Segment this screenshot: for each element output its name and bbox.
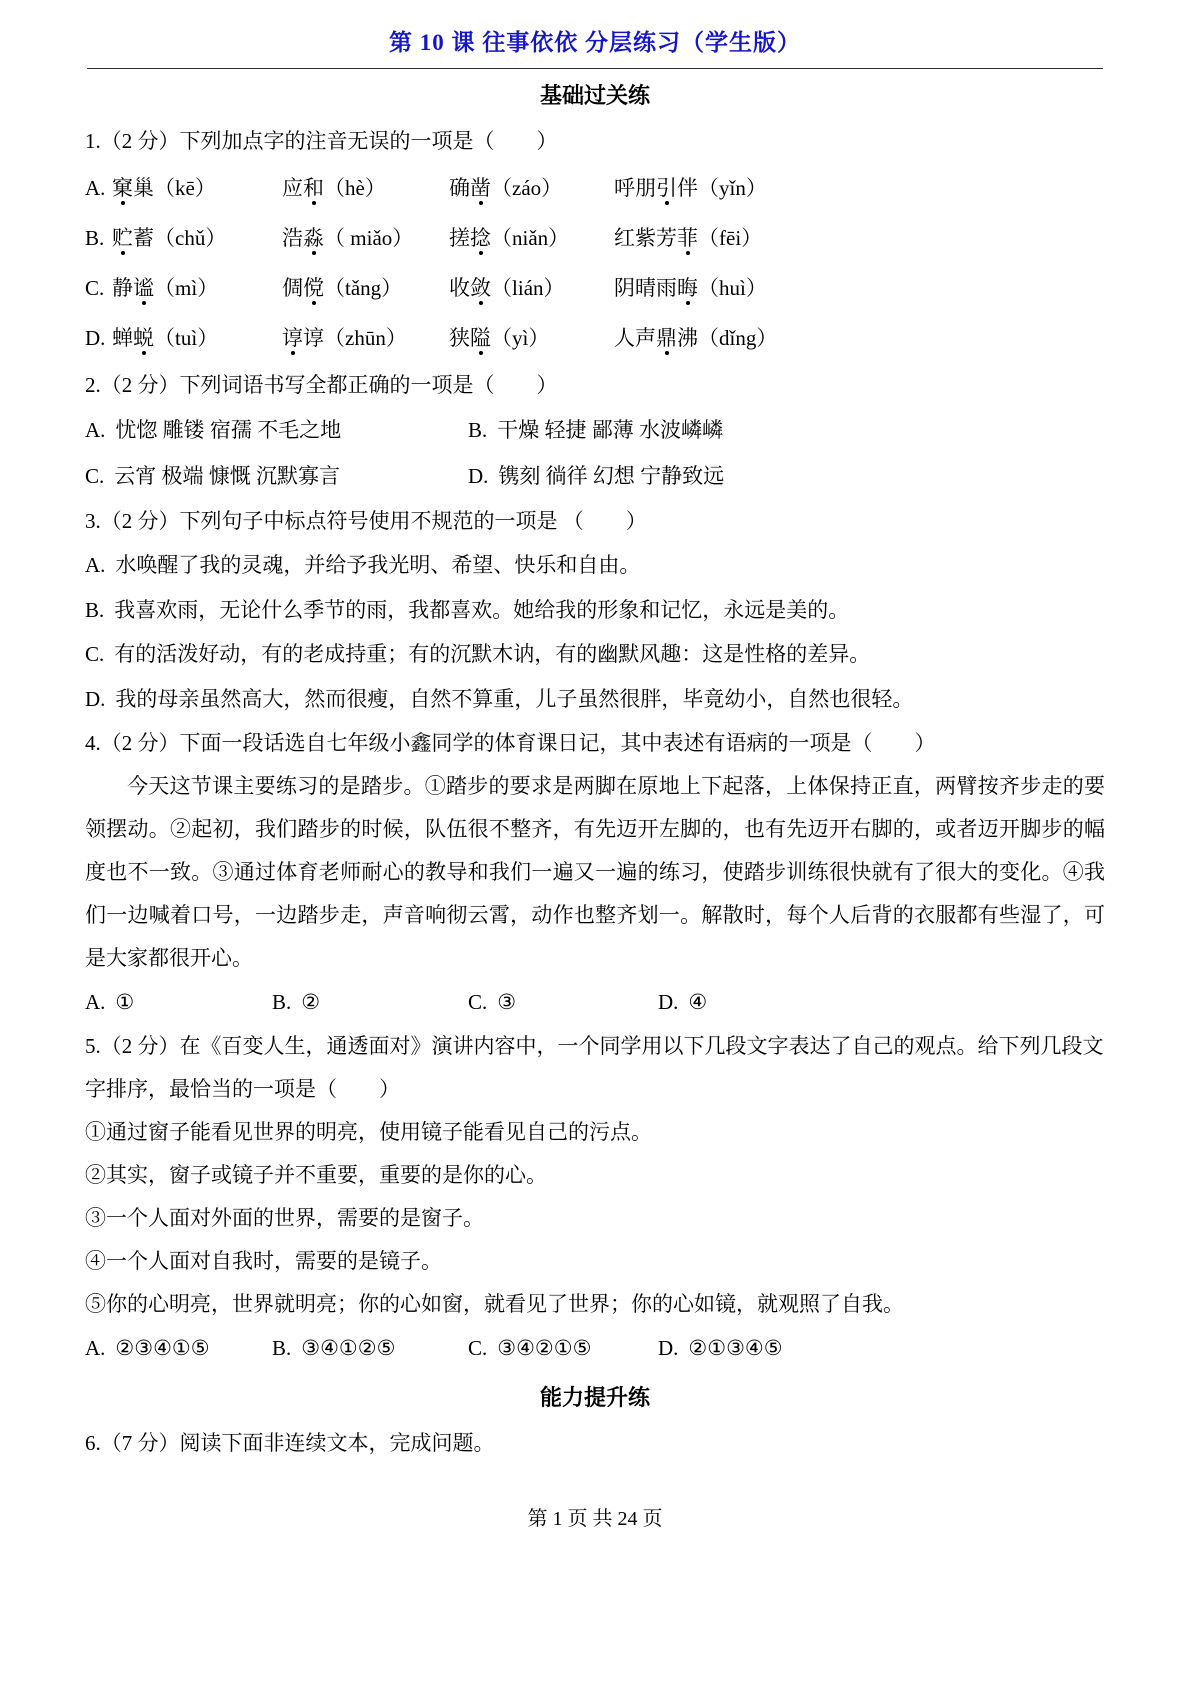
q1-term: 应和（hè） bbox=[282, 163, 449, 213]
q1-stem: 1.（2 分）下列加点字的注音无误的一项是（ ） bbox=[85, 119, 1105, 163]
q1-option-row-d: D. 蝉蜕（tuì） 谆谆（zhūn） 狭隘（yì） 人声鼎沸（dǐng） bbox=[85, 313, 1105, 363]
option-label: A. bbox=[85, 990, 105, 1014]
section-heading-advanced: 能力提升练 bbox=[85, 1383, 1105, 1413]
option-text: ③④②①⑤ bbox=[497, 1336, 591, 1360]
q4-option-a: A.① bbox=[85, 980, 272, 1025]
q5-item-2: ②其实，窗子或镜子并不重要，重要的是你的心。 bbox=[85, 1154, 1105, 1197]
q1-term: 搓捻（niǎn） bbox=[449, 213, 614, 263]
q1-term: 浩淼（ miǎo） bbox=[282, 213, 449, 263]
option-text: 干燥 轻捷 鄙薄 水波嶙嶙 bbox=[497, 418, 723, 442]
q2-stem: 2.（2 分）下列词语书写全都正确的一项是（ ） bbox=[85, 363, 1105, 407]
q5-option-d: D.②①③④⑤ bbox=[658, 1326, 1105, 1371]
option-text: ③④①②⑤ bbox=[301, 1336, 395, 1360]
option-text: ③ bbox=[497, 990, 516, 1014]
option-label: D. bbox=[658, 1336, 678, 1360]
q5-option-c: C.③④②①⑤ bbox=[468, 1326, 658, 1371]
option-text: 云宵 极端 慷慨 沉默寡言 bbox=[114, 464, 340, 488]
q4-option-d: D.④ bbox=[658, 980, 1105, 1025]
q3-stem: 3.（2 分）下列句子中标点符号使用不规范的一项是 （ ） bbox=[85, 499, 1105, 543]
q2-option-a: A.忧惚 雕镂 宿孺 不毛之地 bbox=[85, 407, 468, 453]
option-text: 我的母亲虽然高大，然而很瘦，自然不算重，儿子虽然很胖，毕竟幼小，自然也很轻。 bbox=[115, 687, 913, 711]
q5-option-row: A.②③④①⑤ B.③④①②⑤ C.③④②①⑤ D.②①③④⑤ bbox=[85, 1326, 1105, 1371]
q1-option-row-c: C. 静谧（mì） 倜傥（tǎng） 收敛（lián） 阴晴雨晦（huì） bbox=[85, 263, 1105, 313]
option-label: C. bbox=[468, 1336, 487, 1360]
option-text: ②③④①⑤ bbox=[115, 1336, 209, 1360]
option-label: D. bbox=[85, 687, 105, 711]
q1-term: 确凿（záo） bbox=[449, 163, 614, 213]
q2-option-row-cd: C.云宵 极端 慷慨 沉默寡言 D.镌刻 徜徉 幻想 宁静致远 bbox=[85, 453, 1105, 499]
q1-term: 静谧（mì） bbox=[112, 263, 282, 313]
q5-option-a: A.②③④①⑤ bbox=[85, 1326, 272, 1371]
option-label: B. bbox=[468, 418, 487, 442]
q5-item-5: ⑤你的心明亮，世界就明亮；你的心如窗，就看见了世界；你的心如镜，就观照了自我。 bbox=[85, 1283, 1105, 1326]
q4-option-c: C.③ bbox=[468, 980, 658, 1025]
q2-option-row-ab: A.忧惚 雕镂 宿孺 不毛之地 B.干燥 轻捷 鄙薄 水波嶙嶙 bbox=[85, 407, 1105, 453]
q1-term: 呼朋引伴（yǐn） bbox=[614, 163, 1105, 213]
q1-term: 红紫芳菲（fēi） bbox=[614, 213, 1105, 263]
q1-term: 收敛（lián） bbox=[449, 263, 614, 313]
q1-term: 狭隘（yì） bbox=[449, 313, 614, 363]
option-label: A. bbox=[85, 163, 112, 213]
option-label: B. bbox=[85, 213, 112, 263]
q4-passage: 今天这节课主要练习的是踏步。①踏步的要求是两脚在原地上下起落，上体保持正直，两臂… bbox=[85, 765, 1105, 980]
page-number-footer: 第 1 页 共 24 页 bbox=[85, 1506, 1105, 1532]
q5-item-4: ④一个人面对自我时，需要的是镜子。 bbox=[85, 1240, 1105, 1283]
option-label: C. bbox=[85, 464, 104, 488]
q3-option-a: A.水唤醒了我的灵魂，并给予我光明、希望、快乐和自由。 bbox=[85, 543, 1105, 588]
q4-option-row: A.① B.② C.③ D.④ bbox=[85, 980, 1105, 1025]
option-text: ② bbox=[301, 990, 320, 1014]
option-label: D. bbox=[658, 990, 678, 1014]
section-heading-basic: 基础过关练 bbox=[85, 81, 1105, 111]
option-label: D. bbox=[468, 464, 488, 488]
option-text: ④ bbox=[688, 990, 707, 1014]
q2-option-d: D.镌刻 徜徉 幻想 宁静致远 bbox=[468, 453, 1105, 499]
option-text: 镌刻 徜徉 幻想 宁静致远 bbox=[498, 464, 724, 488]
option-label: B. bbox=[272, 1336, 291, 1360]
option-text: 忧惚 雕镂 宿孺 不毛之地 bbox=[115, 418, 341, 442]
q4-stem: 4.（2 分）下面一段话选自七年级小鑫同学的体育课日记，其中表述有语病的一项是（… bbox=[85, 721, 1105, 765]
option-text: 我喜欢雨，无论什么季节的雨，我都喜欢。她给我的形象和记忆，永远是美的。 bbox=[114, 598, 849, 622]
option-label: C. bbox=[468, 990, 487, 1014]
q2-option-b: B.干燥 轻捷 鄙薄 水波嶙嶙 bbox=[468, 407, 1105, 453]
q1-term: 谆谆（zhūn） bbox=[282, 313, 449, 363]
q1-option-row-b: B. 贮蓄（chǔ） 浩淼（ miǎo） 搓捻（niǎn） 红紫芳菲（fēi） bbox=[85, 213, 1105, 263]
option-label: A. bbox=[85, 1336, 105, 1360]
option-label: B. bbox=[272, 990, 291, 1014]
option-text: 水唤醒了我的灵魂，并给予我光明、希望、快乐和自由。 bbox=[115, 553, 640, 577]
worksheet-page: 第 10 课 往事依依 分层练习（学生版） 基础过关练 1.（2 分）下列加点字… bbox=[0, 0, 1190, 1682]
option-text: 有的活泼好动，有的老成持重；有的沉默木讷，有的幽默风趣：这是性格的差异。 bbox=[114, 642, 870, 666]
option-label: C. bbox=[85, 263, 112, 313]
q3-option-d: D.我的母亲虽然高大，然而很瘦，自然不算重，儿子虽然很胖，毕竟幼小，自然也很轻。 bbox=[85, 677, 1105, 722]
q5-stem: 5.（2 分）在《百变人生，通透面对》演讲内容中，一个同学用以下几段文字表达了自… bbox=[85, 1025, 1105, 1111]
q3-option-b: B.我喜欢雨，无论什么季节的雨，我都喜欢。她给我的形象和记忆，永远是美的。 bbox=[85, 588, 1105, 633]
q1-term: 蝉蜕（tuì） bbox=[112, 313, 282, 363]
option-label: A. bbox=[85, 553, 105, 577]
option-label: D. bbox=[85, 313, 112, 363]
q5-item-3: ③一个人面对外面的世界，需要的是窗子。 bbox=[85, 1197, 1105, 1240]
q2-option-c: C.云宵 极端 慷慨 沉默寡言 bbox=[85, 453, 468, 499]
option-label: A. bbox=[85, 418, 105, 442]
q3-option-c: C.有的活泼好动，有的老成持重；有的沉默木讷，有的幽默风趣：这是性格的差异。 bbox=[85, 632, 1105, 677]
q4-option-b: B.② bbox=[272, 980, 468, 1025]
option-text: ②①③④⑤ bbox=[688, 1336, 782, 1360]
q5-item-1: ①通过窗子能看见世界的明亮，使用镜子能看见自己的污点。 bbox=[85, 1111, 1105, 1154]
q5-option-b: B.③④①②⑤ bbox=[272, 1326, 468, 1371]
q1-term: 阴晴雨晦（huì） bbox=[614, 263, 1105, 313]
q1-option-row-a: A. 窠巢（kē） 应和（hè） 确凿（záo） 呼朋引伴（yǐn） bbox=[85, 163, 1105, 213]
option-label: C. bbox=[85, 642, 104, 666]
q6-stem: 6.（7 分）阅读下面非连续文本，完成问题。 bbox=[85, 1421, 1105, 1465]
q1-term: 倜傥（tǎng） bbox=[282, 263, 449, 313]
option-label: B. bbox=[85, 598, 104, 622]
option-text: ① bbox=[115, 990, 134, 1014]
q1-term: 窠巢（kē） bbox=[112, 163, 282, 213]
q1-term: 人声鼎沸（dǐng） bbox=[614, 313, 1105, 363]
title-divider bbox=[87, 68, 1103, 69]
page-title: 第 10 课 往事依依 分层练习（学生版） bbox=[85, 26, 1105, 60]
q1-term: 贮蓄（chǔ） bbox=[112, 213, 282, 263]
